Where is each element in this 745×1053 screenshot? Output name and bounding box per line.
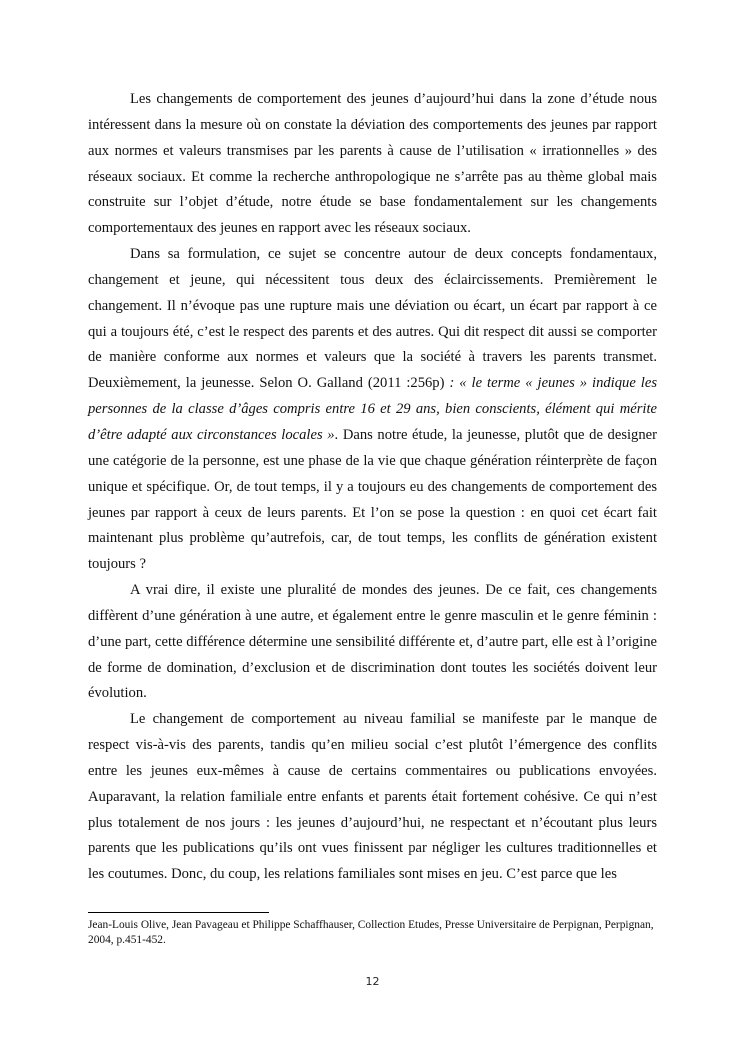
paragraph-3: A vrai dire, il existe une pluralité de … [88, 578, 657, 707]
paragraph-2-intro: Dans sa formulation, ce sujet se concent… [88, 246, 657, 391]
paragraph-2-rest: . Dans notre étude, la jeunesse, plutôt … [88, 427, 657, 572]
paragraph-2: Dans sa formulation, ce sujet se concent… [88, 242, 657, 578]
paragraph-4: Le changement de comportement au niveau … [88, 707, 657, 888]
footnote-separator [88, 912, 269, 913]
document-page: Les changements de comportement des jeun… [0, 0, 745, 1053]
paragraph-1: Les changements de comportement des jeun… [88, 87, 657, 242]
page-number: 12 [0, 975, 745, 988]
body-text: Les changements de comportement des jeun… [88, 87, 657, 888]
footnote: Jean-Louis Olive, Jean Pavageau et Phili… [88, 918, 660, 948]
